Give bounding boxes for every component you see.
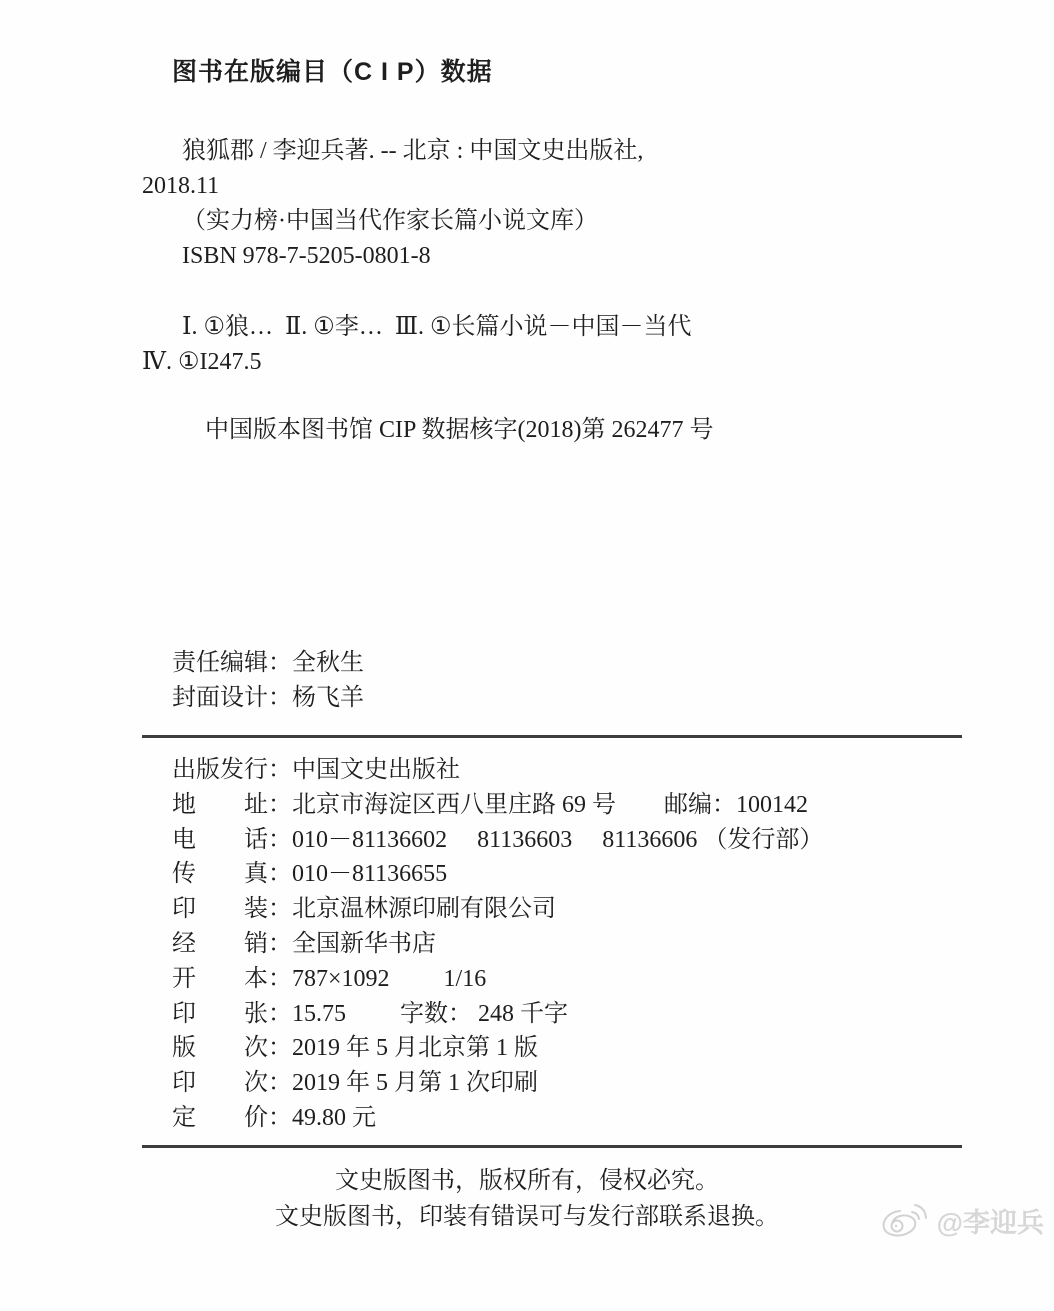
cip-line-title: 狼狐郡 / 李迎兵著. -- 北京 : 中国文史出版社,	[142, 134, 1054, 169]
pub-label: 传 真：	[172, 857, 292, 892]
weibo-logo-icon	[879, 1137, 933, 1303]
pub-label: 印 次：	[172, 1066, 292, 1101]
pub-label: 版 次：	[172, 1031, 292, 1066]
credit-label: 封面设计：	[172, 685, 292, 711]
pub-row-impression: 印 次：2019 年 5 月第 1 次印刷	[172, 1066, 1054, 1101]
credit-label: 责任编辑：	[172, 650, 292, 676]
cip-copyright-page: 图书在版编目（C I P）数据 狼狐郡 / 李迎兵著. -- 北京 : 中国文史…	[0, 0, 1054, 1311]
pub-row-address: 地 址：北京市海淀区西八里庄路 69 号 邮编：100142	[172, 788, 1054, 823]
pub-row-sheets: 印 张：15.75 字数： 248 千字	[172, 997, 1054, 1032]
pub-value: 010－81136602 81136603 81136606 （发行部）	[292, 827, 823, 853]
pub-value: 2019 年 5 月北京第 1 版	[292, 1035, 538, 1061]
cip-line-series: （实力榜·中国当代作家长篇小说文库）	[142, 204, 1054, 239]
classification-block: Ⅰ. ①狼… Ⅱ. ①李… Ⅲ. ①长篇小说－中国－当代 Ⅳ. ①I247.5	[142, 310, 1054, 380]
pub-label: 印 装：	[172, 892, 292, 927]
pub-label: 经 销：	[172, 927, 292, 962]
pub-row-distributor: 经 销：全国新华书店	[172, 927, 1054, 962]
page-title: 图书在版编目（C I P）数据	[172, 52, 1054, 88]
pub-row-edition: 版 次：2019 年 5 月北京第 1 版	[172, 1031, 1054, 1066]
pub-label: 电 话：	[172, 823, 292, 858]
pub-value: 787×1092 1/16	[292, 966, 486, 992]
pub-label: 出版发行：	[172, 753, 292, 788]
publication-details-block: 出版发行：中国文史出版社 地 址：北京市海淀区西八里庄路 69 号 邮编：100…	[172, 753, 1054, 1136]
pub-row-phone: 电 话：010－81136602 81136603 81136606 （发行部）	[172, 823, 1054, 858]
cip-description-block: 狼狐郡 / 李迎兵著. -- 北京 : 中国文史出版社, 2018.11 （实力…	[142, 134, 1054, 274]
pub-value: 全国新华书店	[292, 931, 436, 957]
divider-top	[142, 735, 962, 738]
credit-row-cover-design: 封面设计：杨飞羊	[172, 681, 1054, 716]
pub-value: 中国文史出版社	[292, 757, 460, 783]
cip-line-year: 2018.11	[142, 169, 1054, 204]
pub-row-fax: 传 真：010－81136655	[172, 857, 1054, 892]
pub-row-price: 定 价：49.80 元	[172, 1101, 1054, 1136]
weibo-watermark: @李迎兵	[879, 1137, 1044, 1303]
pub-value: 15.75 字数： 248 千字	[292, 1001, 568, 1027]
pub-row-format: 开 本：787×1092 1/16	[172, 962, 1054, 997]
credit-value: 杨飞羊	[292, 685, 364, 711]
classification-line-2: Ⅳ. ①I247.5	[142, 345, 1054, 380]
watermark-handle: @李迎兵	[937, 1201, 1044, 1240]
cip-record-number: 中国版本图书馆 CIP 数据核字(2018)第 262477 号	[205, 413, 1054, 448]
credit-row-editor: 责任编辑：全秋生	[172, 646, 1054, 681]
pub-label: 定 价：	[172, 1101, 292, 1136]
pub-value: 2019 年 5 月第 1 次印刷	[292, 1070, 538, 1096]
pub-row-publisher: 出版发行：中国文史出版社	[172, 753, 1054, 788]
pub-label: 开 本：	[172, 962, 292, 997]
classification-line-1: Ⅰ. ①狼… Ⅱ. ①李… Ⅲ. ①长篇小说－中国－当代	[142, 310, 1054, 345]
pub-label: 地 址：	[172, 788, 292, 823]
credits-block: 责任编辑：全秋生 封面设计：杨飞羊	[172, 646, 1054, 716]
pub-value: 49.80 元	[292, 1105, 376, 1131]
pub-value: 010－81136655	[292, 861, 447, 887]
pub-value: 北京温林源印刷有限公司	[292, 896, 556, 922]
divider-bottom	[142, 1145, 962, 1148]
pub-row-printer: 印 装：北京温林源印刷有限公司	[172, 892, 1054, 927]
credit-value: 全秋生	[292, 650, 364, 676]
pub-label: 印 张：	[172, 997, 292, 1032]
pub-value: 北京市海淀区西八里庄路 69 号 邮编：100142	[292, 792, 808, 818]
cip-line-isbn: ISBN 978-7-5205-0801-8	[142, 239, 1054, 274]
